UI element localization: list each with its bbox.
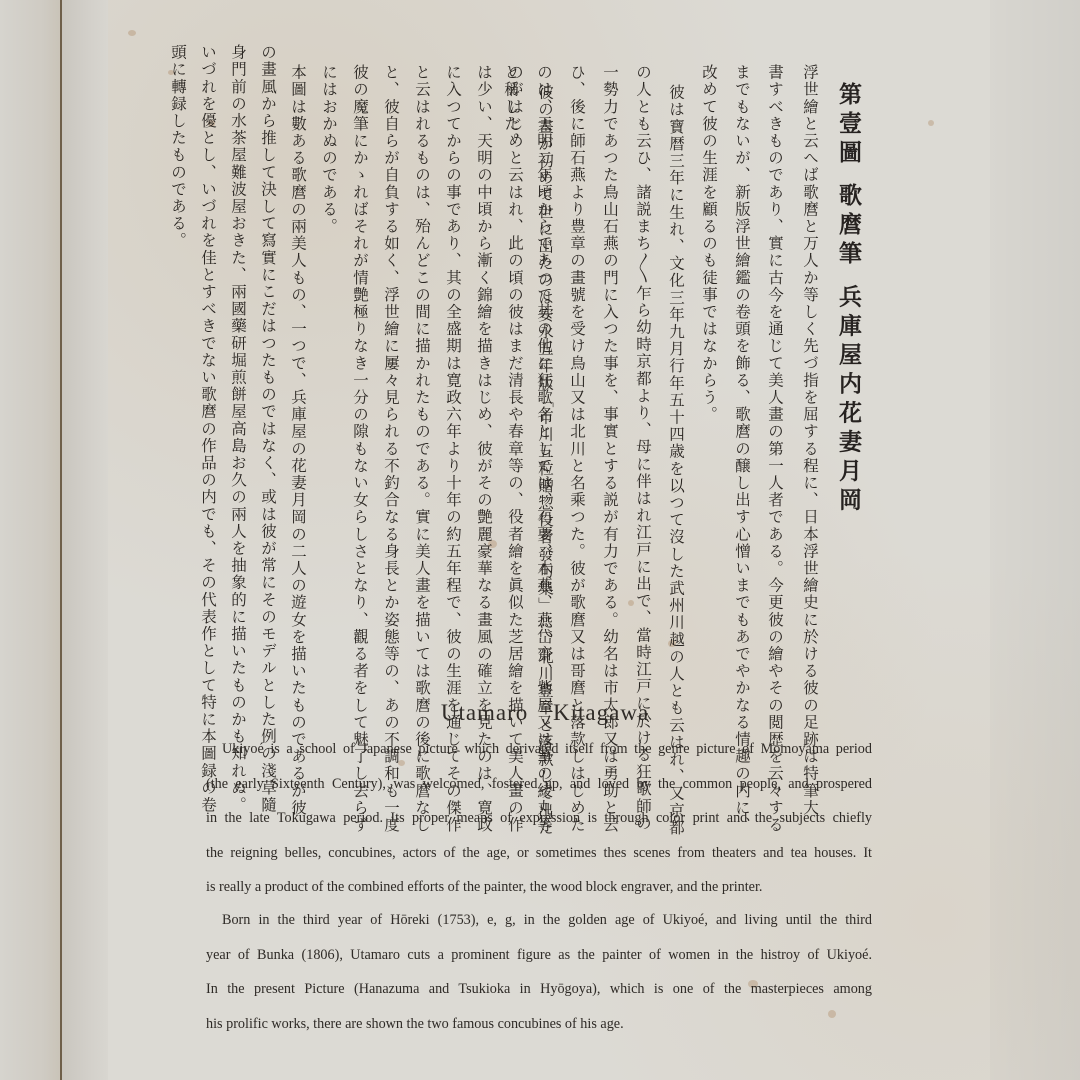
jp-column: までもないが、新版浮世繪鑑の卷頭を飾る、歌麿の醸し出す心憎いまでもあでやかなる情… bbox=[732, 64, 752, 834]
text-line: is really a product of the combined effo… bbox=[206, 870, 872, 905]
foxing-spot bbox=[128, 30, 136, 36]
japanese-title: 第壹圖 歌麿筆 兵庫屋内花妻月岡 bbox=[832, 82, 865, 516]
text-line: In the present Picture (Hanazuma and Tsu… bbox=[206, 972, 872, 1007]
gutter-shadow bbox=[62, 0, 108, 1080]
text-line: the reigning belles, concubines, actors … bbox=[206, 836, 872, 871]
jp-column: 改めて彼の生涯を顧るのも徒事ではなからう。 bbox=[699, 64, 719, 423]
jp-column: 浮世繪と云へば歌麿と万人か等しく先づ指を屈する程に、日本浮世繪史に於ける彼の足跡… bbox=[800, 64, 820, 816]
english-heading: Utamaro Kitagawa bbox=[410, 700, 680, 726]
english-paragraph-2: Born in the third year of Hōreki (1753),… bbox=[206, 903, 872, 1041]
jp-column: と、彼自らが自負する如く、浮世繪に屢々見られる不釣合なる身長とか姿態等の、あの不… bbox=[381, 64, 401, 834]
jp-column: 書すべきものであり、實に古今を通じて美人畫の第一人者である。今更彼の繪やその閲歴… bbox=[765, 64, 785, 834]
jp-column: にはおかぬのである。 bbox=[319, 64, 339, 235]
english-paragraph-1: Ukiyoé is a school of Japanese picture w… bbox=[206, 732, 872, 905]
text-line: his prolific works, there are shown the … bbox=[206, 1007, 872, 1042]
text-line: in the late Tokugawa period. Its proper … bbox=[206, 801, 872, 836]
jp-column: 本圖は數ある歌麿の兩美人もの、一つで、兵庫屋の花妻月岡の二人の遊女を描いたもので… bbox=[288, 64, 308, 816]
jp-column: いづれを優とし、いづれを佳とすべきでない歌麿の作品の内でも、その代表作として特に… bbox=[198, 44, 218, 814]
text-line: Ukiyoé is a school of Japanese picture w… bbox=[206, 732, 872, 767]
jp-column: 身門前の水茶屋難波屋おきた、兩國藥研堀煎餅屋高島お久の兩人を抽象的に描いたものか… bbox=[228, 44, 248, 814]
jp-column: 彼の魔筆にかゝればそれが情艶極りなき一分の隙もない女らしさとなり、觀る者をして魅… bbox=[350, 64, 370, 834]
jp-column: の畫風から推して決して寫實にこだはつたものではなく、或は彼が常にそのモデルとした… bbox=[258, 44, 278, 814]
text-line: (the early Sixteenth Century), was welco… bbox=[206, 767, 872, 802]
left-page-edge bbox=[0, 0, 62, 1080]
right-page-edge bbox=[990, 0, 1080, 1080]
foxing-spot bbox=[928, 120, 934, 126]
text-line: Born in the third year of Hōreki (1753),… bbox=[206, 903, 872, 938]
jp-column: 頭に轉録したものである。 bbox=[168, 44, 188, 249]
text-line: year of Bunka (1806), Utamaro cuts a pro… bbox=[206, 938, 872, 973]
